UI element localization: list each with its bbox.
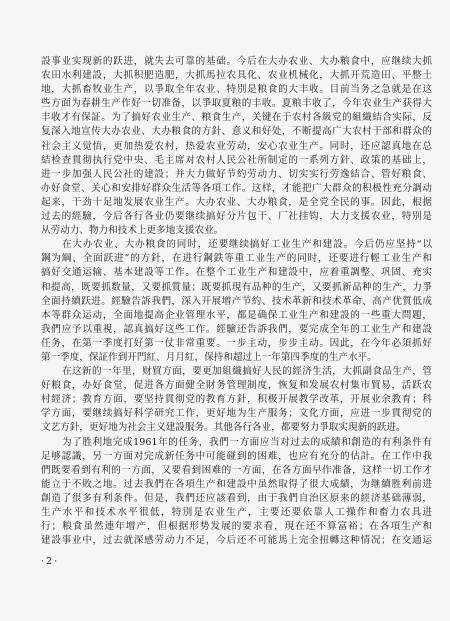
text-line: 和提高，既要抓数量，又要抓質量；既要抓現有品种的生产，又要抓新品种的生产，力爭: [41, 281, 432, 295]
text-line: 地，大抓畜牧业生产，以爭取全年农业、特別是粮食的大丰收。目前当务之急就是在这: [41, 83, 432, 97]
text-line: 村經济；教育方面，要坚持貫彻党的教育方針，积极开展教学改革，开展业余教育；科: [41, 393, 432, 407]
text-line: 文艺方針，更好地为社会主义建設服务。其他各行各业，都要努力爭取实現新的跃进。: [41, 421, 432, 435]
text-line: 全面持續跃进。經驗告訴我們，深入开展增产节約、技术革新和技术革命、高产优質低成: [41, 295, 432, 309]
text-line: 鋼为綱、全面跃进”的方針，在进行鋼鉄等重工业生产的同时，还要进行輕工业生产和: [41, 252, 432, 266]
text-line: 能立于不敗之地。过去我們在各項生产和建設中虽然取得了很大成績，为继續胜利前进: [41, 478, 432, 492]
text-line: 好粮食，办好食堂，促进各方面健全財务管理制度，恢复和发展农村集市貿易，活跃农: [41, 379, 432, 393]
paragraph-agriculture-continued: 設事业实现新的跃进，就失去可靠的基础。今后在大办农业、大办粮食中，应继续大抓 农…: [41, 55, 432, 238]
text-line: 創造了很多有利条件。但是，我們还应該看到，由于我們自治区原来的經济基础薄弱，: [41, 492, 432, 506]
text-line: 办好食堂、关心和安排好群众生活等各項工作。这样，才能把广大群众的积极性充分調动: [41, 182, 432, 196]
text-line: 生产水平和技术水平很低，特別是农业生产，主要还要依靠人工操作和畜力农具进: [41, 506, 432, 520]
body-text: 設事业实现新的跃进，就失去可靠的基础。今后在大办农业、大办粮食中，应继续大抓 农…: [41, 55, 432, 548]
text-line: 在这新的一年里，财貿方面，要更加組織搞好人民的經济生活，大抓副食品生产，管: [41, 365, 432, 379]
paragraph-finance-education-culture: 在这新的一年里，财貿方面，要更加組織搞好人民的經济生活，大抓副食品生产，管 好粮…: [41, 365, 432, 435]
text-line: 农田水利建設，大抓积肥造肥，大抓馬拉农具化、农业机械化，大抓开荒造田、平整土: [41, 69, 432, 83]
text-line: 从劳动力、物力和技术上更多地支援农业。: [41, 224, 432, 238]
text-line: 結检查貫彻执行党中央、毛主席对农村人民公社所制定的一系列方針、政策的基础上，: [41, 154, 432, 168]
paragraph-1961-tasks: 为了胜利地完成1961年的任务，我們一方面应当对过去的成績和創造的有利条件有 足…: [41, 436, 432, 549]
text-line: 建設事业中，过去就深感劳动力不足，今后还不可能馬上完全扭轉这种情况；在交通运: [41, 534, 432, 548]
text-line: 社会主义觉悟，更加热爱农村，热爱农业劳动，安心农业生产。同时，还应認真地在总: [41, 140, 432, 154]
paragraph-industry: 在大办农业、大办粮食的同时，还要继续搞好工业生产和建設。今后仍应坚持“以 鋼为綱…: [41, 238, 432, 365]
text-line: 搞好交通运输、基本建設等工作。在整个工业生产和建設中，应着重調整、巩固、充实: [41, 266, 432, 280]
text-line: 任务，在第一季度打好第一仗非常重要。一步主动，步步主动。因此，在今年必須抓好: [41, 337, 432, 351]
text-line: 丰收才有保証。为了搞好农业生产、粮食生产，关键在于农村各級党的組織結合实际，反: [41, 111, 432, 125]
text-line: 学方面，要继续搞好科学研究工作，更好地为生产服务；文化方面，应进一步貫彻党的: [41, 407, 432, 421]
page-number: ·2·: [41, 555, 59, 569]
text-line: 我們应予以重視，認真搞好这些工作。經驗还告訴我們，要完成全年的工业生产和建設: [41, 323, 432, 337]
text-line: 本等群众运动，全面地提高企业管理水平，都是确保工业生产和建設的一些重大問題，: [41, 309, 432, 323]
text-line: 第一季度，保証作到开門紅、月月紅，保持和超过上一年第四季度的生产水平。: [41, 351, 432, 365]
text-line: 們既要看到有利的一方面，又要看到困难的一方面，在各方面早作准备，这样一切工作才: [41, 464, 432, 478]
text-line: 設事业实现新的跃进，就失去可靠的基础。今后在大办农业、大办粮食中，应继续大抓: [41, 55, 432, 69]
text-line: 些方面为春耕生产作好一切准备，以爭取夏粮的丰收。夏粮丰收了，今年农业生产获得大: [41, 97, 432, 111]
text-line: 起来，干劲十足地发展农业生产。大办农业、大办粮食，是全党全民的事。因此，根据: [41, 196, 432, 210]
text-line: 进一步加强人民公社的建設；并大力做好节約劳动力、切实实行劳逸結合、管好粮食、: [41, 168, 432, 182]
text-line: 复深入地宣传大办农业、大办粮食的方針、意义和好处，不断提高广大农村干部和群众的: [41, 125, 432, 139]
document-page: 設事业实现新的跃进，就失去可靠的基础。今后在大办农业、大办粮食中，应继续大抓 农…: [0, 0, 450, 621]
text-line: 行；粮食虽然連年增产，但根据形势发展的要求看，現在还不算富裕；在各項生产和: [41, 520, 432, 534]
text-line: 过去的經驗，今后各行各业仍要继续搞好分片包干、厂社挂钩，大力支援农业，特别是: [41, 210, 432, 224]
text-line: 足够認識，另一方面对完成新任务中可能碰到的困难，也应有充分的估計。在工作中我: [41, 450, 432, 464]
text-line: 为了胜利地完成1961年的任务，我們一方面应当对过去的成績和創造的有利条件有: [41, 436, 432, 450]
text-line: 在大办农业、大办粮食的同时，还要继续搞好工业生产和建設。今后仍应坚持“以: [41, 238, 432, 252]
